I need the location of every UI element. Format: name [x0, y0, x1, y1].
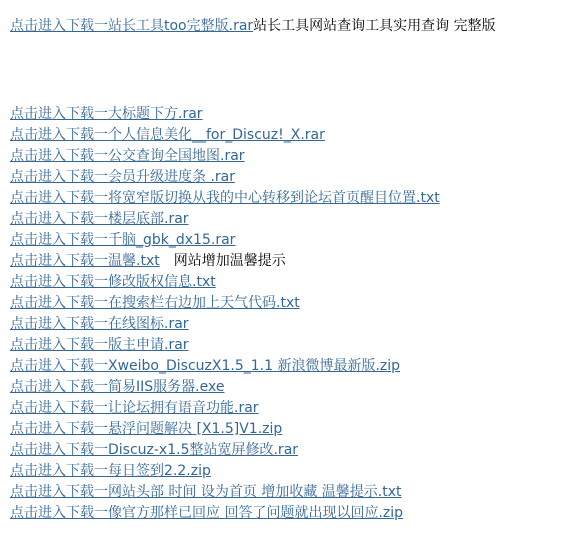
- download-row: 点击进入下载一千脑_gbk_dx15.rar: [10, 230, 558, 251]
- download-link[interactable]: 点击进入下载一简易IIS服务器.exe: [10, 379, 224, 395]
- download-row: 点击进入下载一楼层底部.rar: [10, 209, 558, 230]
- download-link[interactable]: 点击进入下载一将宽窄版切换从我的中心转移到论坛首页醒目位置.txt: [10, 190, 440, 206]
- download-row: 点击进入下载一Discuz-x1.5整站宽屏修改.rar: [10, 440, 558, 461]
- download-link[interactable]: 点击进入下载一版主申请.rar: [10, 337, 189, 353]
- header-line: 点击进入下载一站长工具too完整版.rar站长工具网站查询工具实用查询 完整版: [10, 16, 558, 37]
- download-row: 点击进入下载一修改版权信息.txt: [10, 272, 558, 293]
- download-link[interactable]: 点击进入下载一个人信息美化__for_Discuz!_X.rar: [10, 127, 325, 143]
- download-row: 点击进入下载一网站头部 时间 设为首页 增加收藏 温馨提示.txt: [10, 482, 558, 503]
- download-row: 点击进入下载一悬浮问题解决 [X1.5]V1.zip: [10, 419, 558, 440]
- download-row: 点击进入下载一让论坛拥有语音功能.rar: [10, 398, 558, 419]
- download-link[interactable]: 点击进入下载一让论坛拥有语音功能.rar: [10, 400, 259, 416]
- download-row: 点击进入下载一个人信息美化__for_Discuz!_X.rar: [10, 125, 558, 146]
- download-link[interactable]: 点击进入下载一像官方那样已回应 回答了问题就出现以回应.zip: [10, 505, 403, 521]
- header-description: 站长工具网站查询工具实用查询 完整版: [253, 18, 495, 34]
- download-link[interactable]: 点击进入下载一在线图标.rar: [10, 316, 189, 332]
- download-row: 点击进入下载一在线图标.rar: [10, 314, 558, 335]
- download-link[interactable]: 点击进入下载一会员升级进度条 .rar: [10, 169, 235, 185]
- download-row: 点击进入下载一版主申请.rar: [10, 335, 558, 356]
- download-link[interactable]: 点击进入下载一温馨.txt: [10, 253, 160, 269]
- download-link[interactable]: 点击进入下载一Xweibo_DiscuzX1.5_1.1 新浪微博最新版.zip: [10, 358, 400, 374]
- download-link[interactable]: 点击进入下载一Discuz-x1.5整站宽屏修改.rar: [10, 442, 298, 458]
- download-link[interactable]: 点击进入下载一在搜索栏右边加上天气代码.txt: [10, 295, 300, 311]
- download-link[interactable]: 点击进入下载一大标题下方.rar: [10, 106, 203, 122]
- download-row: 点击进入下载一温馨.txt网站增加温馨提示: [10, 251, 558, 272]
- download-row: 点击进入下载一简易IIS服务器.exe: [10, 377, 558, 398]
- download-link[interactable]: 点击进入下载一网站头部 时间 设为首页 增加收藏 温馨提示.txt: [10, 484, 402, 500]
- download-row: 点击进入下载一像官方那样已回应 回答了问题就出现以回应.zip: [10, 503, 558, 524]
- download-row: 点击进入下载一Xweibo_DiscuzX1.5_1.1 新浪微博最新版.zip: [10, 356, 558, 377]
- download-row: 点击进入下载一公交查询全国地图.rar: [10, 146, 558, 167]
- download-link[interactable]: 点击进入下载一修改版权信息.txt: [10, 274, 216, 290]
- download-note: 网站增加温馨提示: [174, 253, 286, 269]
- download-link[interactable]: 点击进入下载一悬浮问题解决 [X1.5]V1.zip: [10, 421, 282, 437]
- download-row: 点击进入下载一每日签到2.2.zip: [10, 461, 558, 482]
- download-link[interactable]: 点击进入下载一每日签到2.2.zip: [10, 463, 211, 479]
- download-link[interactable]: 点击进入下载一千脑_gbk_dx15.rar: [10, 232, 235, 248]
- download-link[interactable]: 点击进入下载一楼层底部.rar: [10, 211, 189, 227]
- download-page: 点击进入下载一站长工具too完整版.rar站长工具网站查询工具实用查询 完整版 …: [0, 0, 566, 533]
- header-download-link[interactable]: 点击进入下载一站长工具too完整版.rar: [10, 18, 253, 34]
- download-row: 点击进入下载一将宽窄版切换从我的中心转移到论坛首页醒目位置.txt: [10, 188, 558, 209]
- download-list: 点击进入下载一大标题下方.rar 点击进入下载一个人信息美化__for_Disc…: [10, 104, 558, 524]
- download-row: 点击进入下载一在搜索栏右边加上天气代码.txt: [10, 293, 558, 314]
- download-row: 点击进入下载一大标题下方.rar: [10, 104, 558, 125]
- download-row: 点击进入下载一会员升级进度条 .rar: [10, 167, 558, 188]
- download-link[interactable]: 点击进入下载一公交查询全国地图.rar: [10, 148, 245, 164]
